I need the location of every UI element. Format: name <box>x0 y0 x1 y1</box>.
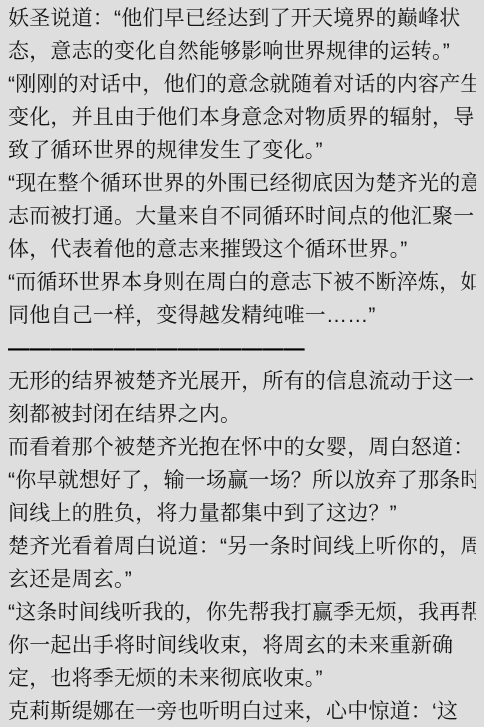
novel-text-top: 妖圣说道：“他们早已经达到了开天境界的巅峰状 态，意志的变化自然能够影响世界规律… <box>8 2 476 332</box>
scene-divider: —————————————— <box>8 332 476 365</box>
novel-reader-page: 妖圣说道：“他们早已经达到了开天境界的巅峰状 态，意志的变化自然能够影响世界规律… <box>0 0 484 727</box>
novel-text-bottom: 无形的结界被楚齐光展开，所有的信息流动于这一 刻都被封闭在结界之内。 而看着那个… <box>8 365 476 727</box>
